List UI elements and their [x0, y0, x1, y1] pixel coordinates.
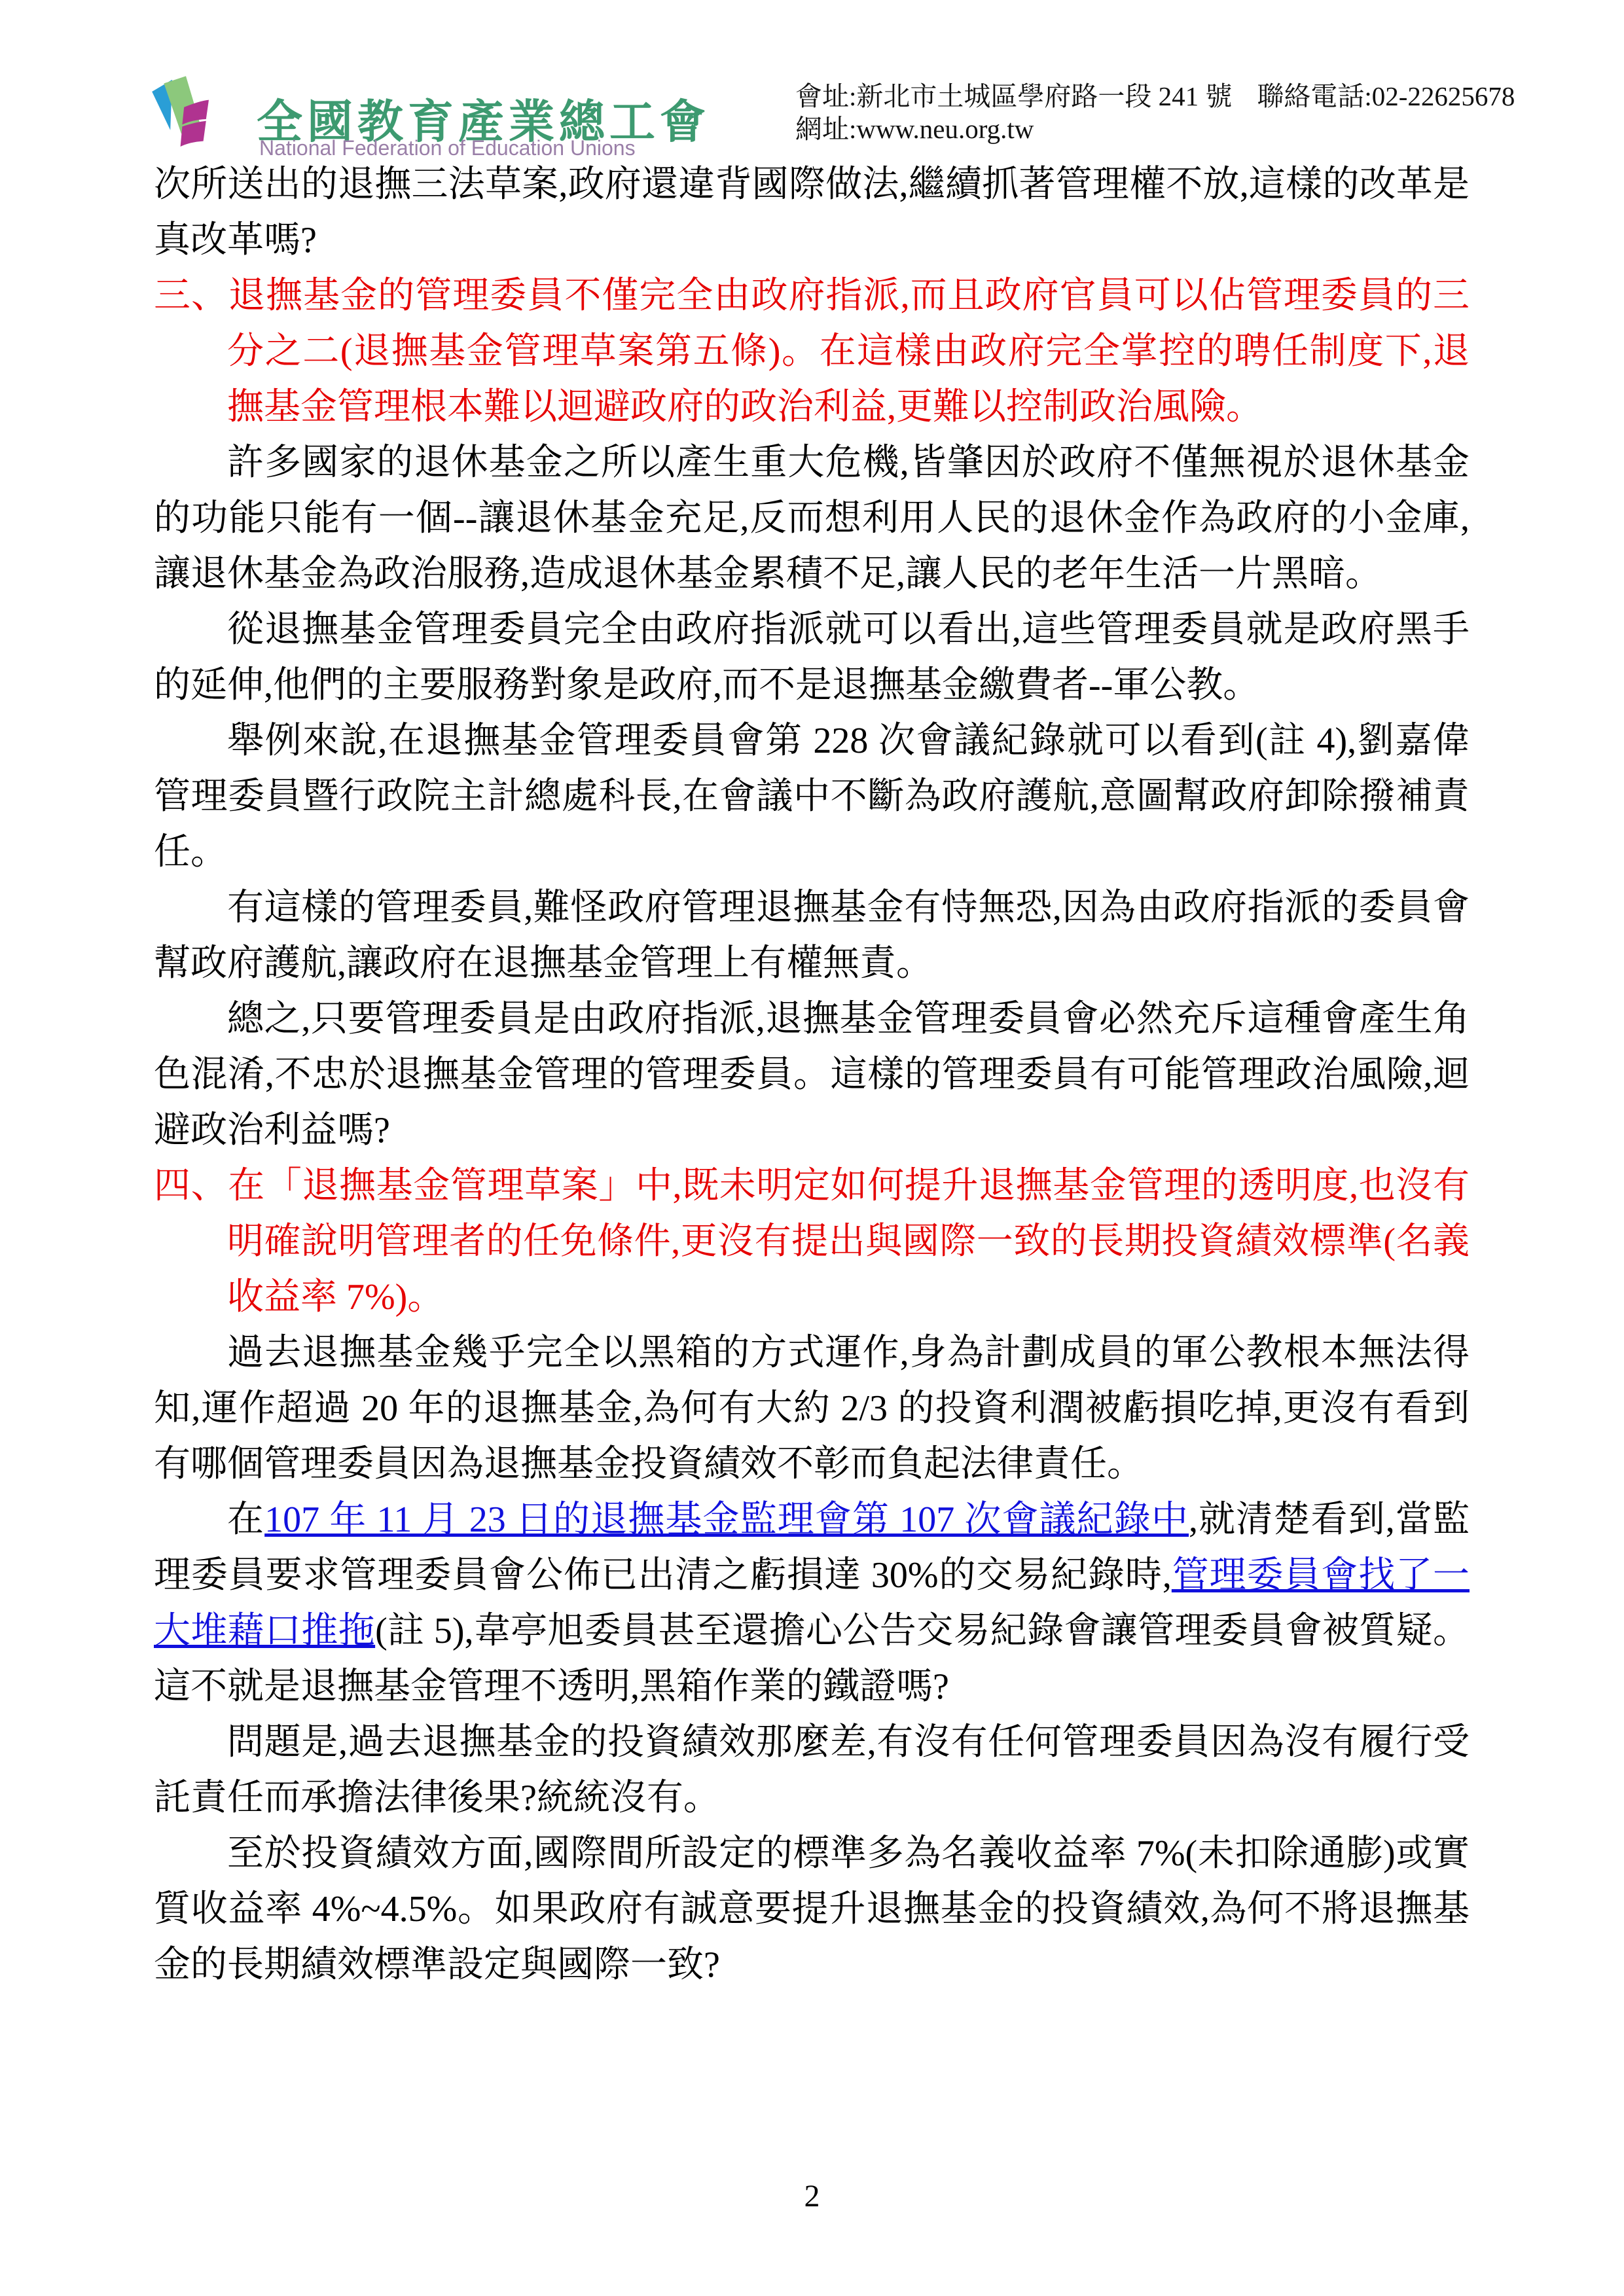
paragraph-with-links: 在107 年 11 月 23 日的退撫基金監理會第 107 次會議紀錄中,就清楚… [154, 1492, 1470, 1715]
paragraph: 許多國家的退休基金之所以產生重大危機,皆肇因於政府不僅無視於退休基金的功能只能有… [154, 435, 1470, 602]
document-page: 全國教育產業總工會 National Federation of Educati… [0, 0, 1624, 2296]
paragraph: 有這樣的管理委員,難怪政府管理退撫基金有恃無恐,因為由政府指派的委員會幫政府護航… [154, 880, 1470, 992]
paragraph: 次所送出的退撫三法草案,政府還違背國際做法,繼續抓著管理權不放,這樣的改革是真改… [154, 157, 1470, 268]
paragraph: 從退撫基金管理委員完全由政府指派就可以看出,這些管理委員就是政府黑手的延伸,他們… [154, 602, 1470, 713]
paragraph: 問題是,過去退撫基金的投資績效那麼差,有沒有任何管理委員因為沒有履行受託責任而承… [154, 1715, 1470, 1826]
paragraph: 至於投資績效方面,國際間所設定的標準多為名義收益率 7%(未扣除通膨)或實質收益… [154, 1826, 1470, 1993]
section-heading-4: 四、在「退撫基金管理草案」中,既未明定如何提升退撫基金管理的透明度,也沒有明確說… [154, 1158, 1470, 1325]
page-number: 2 [0, 2178, 1624, 2214]
document-body: 次所送出的退撫三法草案,政府還違背國際做法,繼續抓著管理權不放,這樣的改革是真改… [154, 157, 1470, 1993]
paragraph: 過去退撫基金幾乎完全以黑箱的方式運作,身為計劃成員的軍公教根本無法得知,運作超過… [154, 1325, 1470, 1492]
contact-phone: 聯絡電話:02-22625678 [1257, 81, 1515, 111]
meeting-minutes-link[interactable]: 107 年 11 月 23 日的退撫基金監理會第 107 次會議紀錄中 [264, 1499, 1189, 1540]
letterhead: 全國教育產業總工會 National Federation of Educati… [131, 71, 1499, 162]
section-heading-3: 三、退撫基金的管理委員不僅完全由政府指派,而且政府官員可以佔管理委員的三分之二(… [154, 268, 1470, 435]
paragraph: 舉例來說,在退撫基金管理委員會第 228 次會議紀錄就可以看到(註 4),劉嘉偉… [154, 713, 1470, 880]
contact-info: 會址:新北市土城區學府路一段 241 號聯絡電話:02-22625678 網址:… [795, 80, 1515, 145]
contact-website: 網址:www.neu.org.tw [795, 114, 1034, 144]
contact-address: 會址:新北市土城區學府路一段 241 號 [795, 81, 1232, 111]
paragraph-text: 在 [227, 1499, 264, 1540]
paragraph: 總之,只要管理委員是由政府指派,退撫基金管理委員會必然充斥這種會產生角色混淆,不… [154, 992, 1470, 1158]
neu-logo-icon [131, 73, 250, 156]
